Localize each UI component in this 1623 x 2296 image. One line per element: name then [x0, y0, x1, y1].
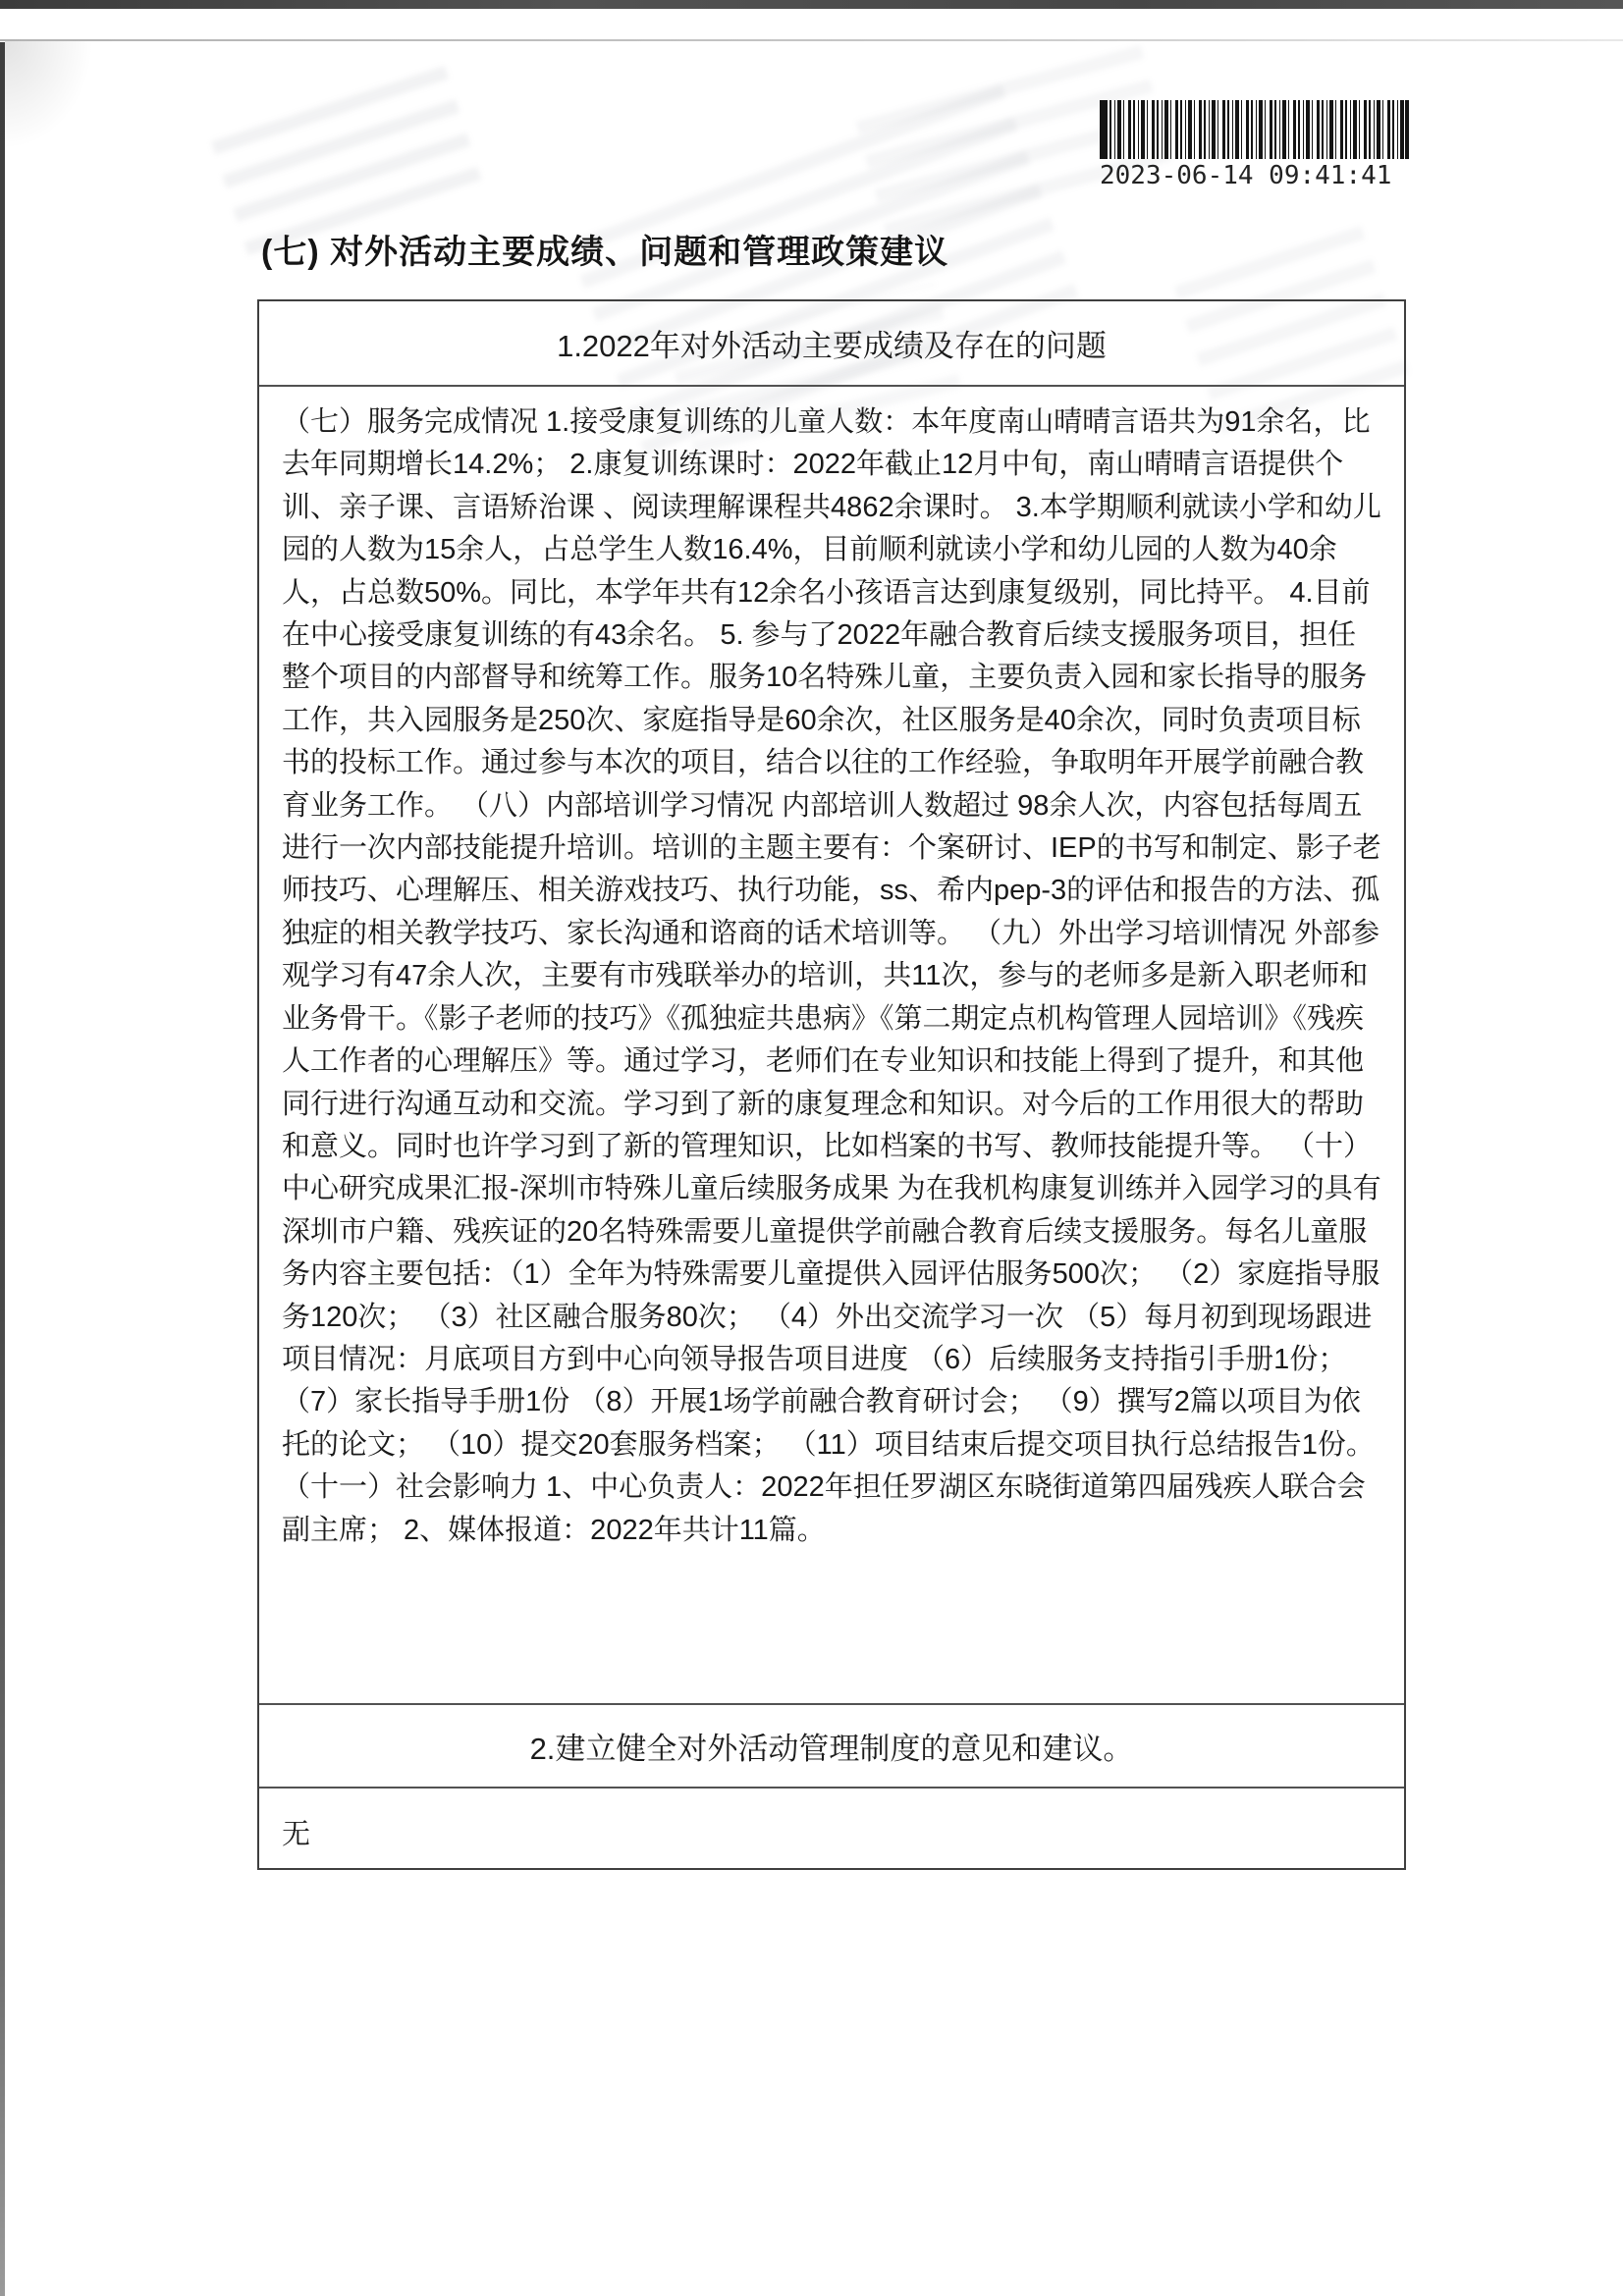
subsection-2-title: 2.建立健全对外活动管理制度的意见和建议。: [259, 1703, 1404, 1787]
subsection-2-body: 无: [259, 1787, 1404, 1868]
paper-edge-line: [0, 39, 1623, 41]
scan-corner-shadow: [5, 41, 93, 149]
subsection-1-body: （七）服务完成情况 1.接受康复训练的儿童人数：本年度南山晴晴言语共为91余名，…: [259, 385, 1404, 1703]
barcode-icon: [1100, 100, 1409, 159]
subsection-1-title: 1.2022年对外活动主要成绩及存在的问题: [259, 301, 1404, 385]
section-heading: (七) 对外活动主要成绩、问题和管理政策建议: [261, 233, 948, 272]
scan-timestamp: 2023-06-14 09:41:41: [1100, 161, 1404, 190]
report-table: 1.2022年对外活动主要成绩及存在的问题 （七）服务完成情况 1.接受康复训练…: [257, 299, 1406, 1870]
scan-edge-left: [0, 42, 5, 2296]
bleedthrough-artifact: [205, 49, 481, 255]
scan-edge-top: [0, 0, 1623, 9]
